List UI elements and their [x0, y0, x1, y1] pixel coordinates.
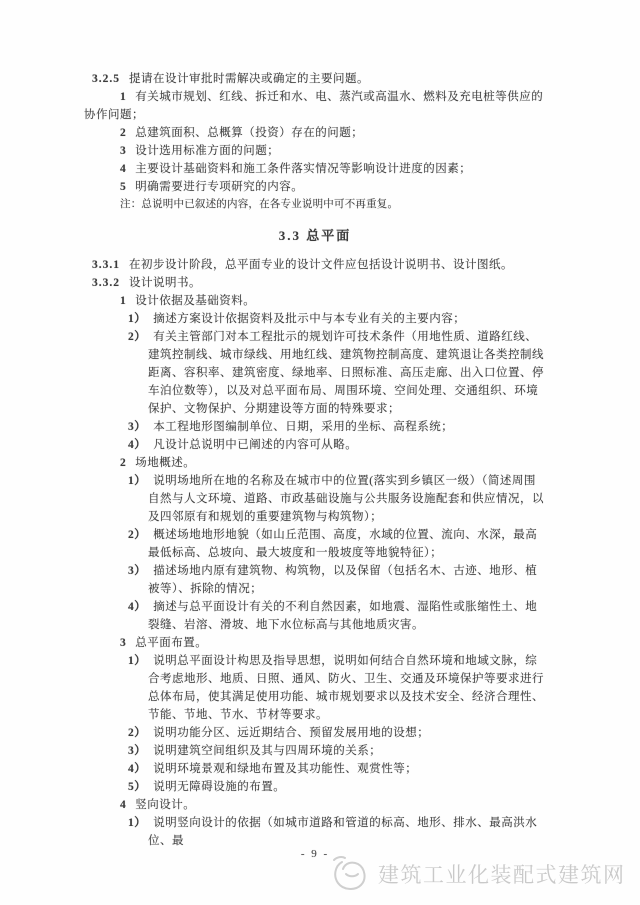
- section-heading: 3.3 总平面: [84, 227, 546, 245]
- item-number: 1: [120, 295, 126, 307]
- sub-item-number: 4）: [128, 601, 146, 613]
- sub-item-text: 凡设计总说明中已阐述的内容可从略。: [153, 439, 357, 451]
- list-item: 1设计依据及基础资料。: [84, 292, 546, 310]
- sub-item-text: 描述场地内原有建筑物、构筑物，以及保留（包括名木、古迹、地形、植被等）、拆除的情…: [148, 565, 537, 595]
- sub-list-item: 3）描述场地内原有建筑物、构筑物，以及保留（包括名木、古迹、地形、植被等）、拆除…: [84, 562, 546, 598]
- item-text: 有关城市规划、红线、拆迁和水、电、蒸汽或高温水、燃料及充电桩等供应的协作问题；: [84, 91, 543, 121]
- sub-list-item: 2）有关主管部门对本工程批示的规划许可技术条件（用地性质、道路红线、建筑控制线、…: [84, 328, 546, 418]
- list-item: 5明确需要进行专项研究的内容。: [84, 178, 546, 196]
- sub-item-number: 5）: [128, 781, 146, 793]
- sub-list-item: 2）说明功能分区、远近期结合、预留发展用地的设想；: [84, 724, 546, 742]
- sub-item-text: 说明无障碍设施的布置。: [153, 781, 285, 793]
- list-item: 2场地概述。: [84, 454, 546, 472]
- sub-item-text: 概述场地地形地貌（如山丘范围、高度，水域的位置、流向、水深，最高最低标高、总坡向…: [148, 529, 537, 559]
- sub-item-text: 说明场地所在地的名称及在城市中的位置(落实到乡镇区一级）（简述周围自然与人文环境…: [148, 475, 544, 523]
- clause-number: 3.2.5: [92, 73, 120, 85]
- sub-list-item: 4）凡设计总说明中已阐述的内容可从略。: [84, 436, 546, 454]
- sub-item-number: 4）: [128, 763, 146, 775]
- item-text: 竖向设计。: [135, 799, 195, 811]
- sub-item-number: 3）: [128, 421, 146, 433]
- clause-3-3-1: 3.3.1在初步设计阶段，总平面专业的设计文件应包括设计说明书、设计图纸。: [84, 256, 546, 274]
- list-item: 1有关城市规划、红线、拆迁和水、电、蒸汽或高温水、燃料及充电桩等供应的协作问题；: [84, 88, 546, 124]
- sub-list-item: 4）说明环境景观和绿地布置及其功能性、观赏性等；: [84, 760, 546, 778]
- list-item: 4竖向设计。: [84, 796, 546, 814]
- item-text: 总平面布置。: [135, 637, 207, 649]
- sub-item-text: 说明环境景观和绿地布置及其功能性、观赏性等；: [153, 763, 417, 775]
- item-number: 2: [120, 457, 126, 469]
- item-text: 设计依据及基础资料。: [135, 295, 255, 307]
- sub-list-item: 3）说明建筑空间组织及其与四周环境的关系；: [84, 742, 546, 760]
- item-number: 5: [120, 181, 126, 193]
- clause-text: 设计说明书。: [129, 277, 201, 289]
- sub-item-text: 说明竖向设计的依据（如城市道路和管道的标高、地形、排水、最高洪水位、最: [148, 817, 537, 847]
- clause-3-3-2: 3.3.2设计说明书。: [84, 274, 546, 292]
- sub-list-item: 1）说明竖向设计的依据（如城市道路和管道的标高、地形、排水、最高洪水位、最: [84, 814, 546, 850]
- sub-item-number: 4）: [128, 439, 146, 451]
- sub-list-item: 1）摘述方案设计依据资料及批示中与本专业有关的主要内容；: [84, 310, 546, 328]
- item-text: 明确需要进行专项研究的内容。: [135, 181, 303, 193]
- sub-list-item: 3）本工程地形图编制单位、日期，采用的坐标、高程系统；: [84, 418, 546, 436]
- document-body: 3.2.5提请在设计审批时需解决或确定的主要问题。 1有关城市规划、红线、拆迁和…: [84, 70, 546, 850]
- sub-item-text: 说明功能分区、远近期结合、预留发展用地的设想；: [153, 727, 429, 739]
- sub-item-number: 1）: [128, 313, 146, 325]
- sub-list-item: 4）摘述与总平面设计有关的不利自然因素，如地震、湿陷性或胀缩性土、地裂缝、岩溶、…: [84, 598, 546, 634]
- item-number: 3: [120, 637, 126, 649]
- sub-list-item: 1）说明总平面设计构思及指导思想，说明如何结合自然环境和地域文脉，综合考虑地形、…: [84, 652, 546, 724]
- item-number: 4: [120, 163, 126, 175]
- item-number: 3: [120, 145, 126, 157]
- item-text: 设计选用标准方面的问题；: [135, 145, 279, 157]
- item-number: 1: [120, 91, 126, 103]
- clause-number: 3.3.2: [92, 277, 120, 289]
- list-item: 3设计选用标准方面的问题；: [84, 142, 546, 160]
- sub-item-text: 有关主管部门对本工程批示的规划许可技术条件（用地性质、道路红线、建筑控制线、城市…: [148, 331, 544, 415]
- item-text: 场地概述。: [135, 457, 195, 469]
- item-number: 2: [120, 127, 126, 139]
- sub-list-item: 1）说明场地所在地的名称及在城市中的位置(落实到乡镇区一级）（简述周围自然与人文…: [84, 472, 546, 526]
- item-text: 主要设计基础资料和施工条件落实情况等影响设计进度的因素；: [135, 163, 471, 175]
- sub-item-text: 摘述方案设计依据资料及批示中与本专业有关的主要内容；: [153, 313, 465, 325]
- clause-text: 提请在设计审批时需解决或确定的主要问题。: [129, 73, 369, 85]
- list-item: 2总建筑面积、总概算（投资）存在的问题；: [84, 124, 546, 142]
- sub-item-text: 说明总平面设计构思及指导思想，说明如何结合自然环境和地域文脉，综合考虑地形、地质…: [148, 655, 544, 721]
- sub-item-text: 摘述与总平面设计有关的不利自然因素，如地震、湿陷性或胀缩性土、地裂缝、岩溶、滑坡…: [148, 601, 537, 631]
- sub-item-number: 3）: [128, 745, 146, 757]
- sub-item-number: 2）: [128, 529, 146, 541]
- sub-item-number: 2）: [128, 727, 146, 739]
- sub-item-number: 3）: [128, 565, 146, 577]
- sub-item-number: 1）: [128, 817, 146, 829]
- clause-3-2-5: 3.2.5提请在设计审批时需解决或确定的主要问题。: [84, 70, 546, 88]
- sub-item-number: 1）: [128, 475, 146, 487]
- item-text: 总建筑面积、总概算（投资）存在的问题；: [135, 127, 363, 139]
- note: 注：总说明中已叙述的内容，在各专业说明中可不再重复。: [120, 196, 546, 214]
- sub-item-text: 本工程地形图编制单位、日期，采用的坐标、高程系统；: [153, 421, 453, 433]
- list-item: 3总平面布置。: [84, 634, 546, 652]
- sub-list-item: 5）说明无障碍设施的布置。: [84, 778, 546, 796]
- clause-number: 3.3.1: [92, 259, 120, 271]
- sub-item-number: 1）: [128, 655, 146, 667]
- sub-item-number: 2）: [128, 331, 146, 343]
- watermark-text: 建筑工业化装配式建筑网: [378, 859, 626, 889]
- document-page: 3.2.5提请在设计审批时需解决或确定的主要问题。 1有关城市规划、红线、拆迁和…: [0, 0, 640, 905]
- page-number: - 9 -: [84, 848, 546, 860]
- sub-item-text: 说明建筑空间组织及其与四周环境的关系；: [153, 745, 381, 757]
- clause-text: 在初步设计阶段，总平面专业的设计文件应包括设计说明书、设计图纸。: [129, 259, 513, 271]
- sub-list-item: 2）概述场地地形地貌（如山丘范围、高度，水域的位置、流向、水深，最高最低标高、总…: [84, 526, 546, 562]
- list-item: 4主要设计基础资料和施工条件落实情况等影响设计进度的因素；: [84, 160, 546, 178]
- item-number: 4: [120, 799, 126, 811]
